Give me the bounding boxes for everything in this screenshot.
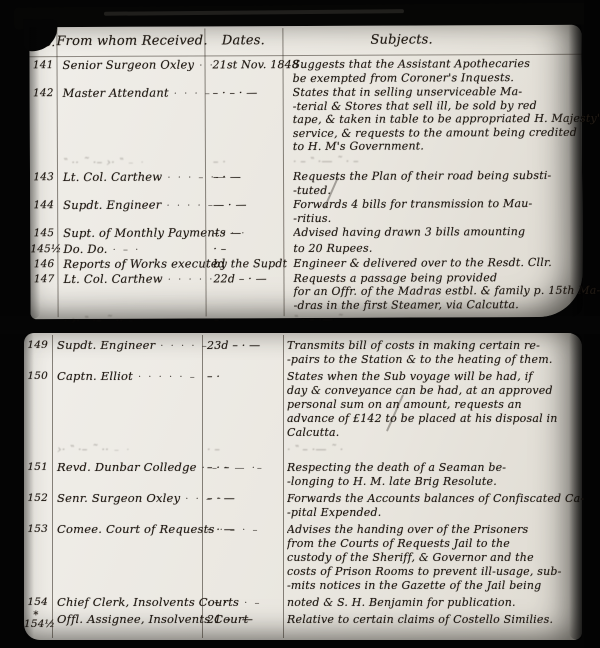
ledger-row: 142Master Attendant· · · –– · – · —State… [30, 85, 582, 155]
subject-line: Suggests that the Assistant Apothecaries [293, 57, 568, 72]
ledger-row: ‶ ·· ˜ ·– ›· ‶– ·– ·· – ‶ ·— ˜ · – [30, 153, 582, 170]
date-cell: by the Supdt [205, 257, 283, 271]
subject-cell: Requests a passage being providedfor an … [283, 270, 600, 312]
sender-name: Supt. of Monthly Payments [63, 225, 226, 240]
subject-line: service, & requests to the amount being … [293, 125, 600, 140]
subject-line: Engineer & delivered over to the Resdt. … [293, 256, 568, 271]
subject-line: Forwards the Accounts balances of Confis… [287, 492, 584, 506]
ledger-row: 150Captn. Elliot· · · · · –– ·States whe… [24, 370, 582, 440]
date-cell: – · [206, 313, 284, 327]
ledger-row: 153Comee. Court of Requests· – · –– · —A… [24, 523, 582, 593]
subject-cell: Advises the handing over of the Prisoner… [277, 523, 582, 593]
date-cell: – · – · — [205, 86, 283, 100]
book-edge-highlight [104, 9, 404, 16]
subject-cell: Respecting the death of a Seaman be--lon… [277, 461, 582, 489]
ledger-row: *154½Offl. Assignee, Insolvents Court21 … [24, 613, 582, 631]
ditto-dashes: · – · [108, 244, 141, 255]
date-cell: – · [199, 370, 277, 384]
subject-line: Respecting the death of a Seaman be- [287, 461, 568, 475]
sender-cell: Comee. Court of Requests· – · – [51, 523, 199, 538]
date-cell: – · [205, 155, 283, 169]
sender-cell: Senr. Surgeon Oxley· · – · [51, 492, 199, 507]
sender-cell: Lt. Col. Carthew· · · – ·— [57, 170, 205, 185]
date-text: · – [213, 242, 226, 255]
sender-cell: Reports of Works executed [57, 257, 205, 271]
date-text: — · — [213, 198, 247, 211]
ditto-dashes: · · [226, 228, 247, 239]
sender-name: Comee. Court of Requests [57, 522, 215, 536]
column-rule-no [52, 335, 53, 638]
subject-line: Calcutta. [287, 426, 568, 440]
subject-line: -pairs to the Station & to the heating o… [287, 353, 568, 367]
left-fold-shadow [24, 333, 34, 640]
ditto-dashes: – · [123, 316, 145, 327]
sender-cell: · ›· ‶ ·– ˜ ··– · [58, 313, 206, 328]
row-number-cell [24, 443, 51, 456]
ledger-row: 147Lt. Col. Carthew· · · · ·22d – · —Req… [30, 270, 582, 313]
sender-name: Senior Surgeon Oxley [63, 57, 195, 72]
column-rule-subjects [283, 335, 284, 638]
date-cell: 21 – · — [199, 613, 277, 627]
date-cell: · – [199, 443, 277, 457]
subject-line: to 20 Rupees. [293, 240, 568, 255]
date-text: · – [207, 443, 220, 456]
ditto-dashes: · · · · – [161, 200, 214, 211]
sender-cell: Supdt. Engineer· · · · – [57, 198, 205, 213]
subject-line: to H. M's Government. [293, 139, 600, 154]
subject-line: advance of £142 to be placed at his disp… [287, 412, 568, 426]
sender-cell: Lt. Col. Carthew· · · · · [57, 272, 205, 287]
subject-line: -dras in the first Steamer, via Calcutta… [294, 297, 600, 312]
sender-cell: Supdt. Engineer· · · · – [51, 339, 199, 354]
subject-cell: to 20 Rupees. [283, 240, 582, 255]
date-text: 23d – · — [207, 339, 260, 352]
sender-name: ›· ‶ ·– ˜ ·· [57, 442, 109, 456]
date-text: 21 – · — [207, 613, 253, 626]
date-cell: · – [205, 242, 283, 256]
date-text: – · [207, 370, 220, 383]
header-dates: Dates. [204, 33, 282, 48]
sender-cell: Master Attendant· · · – [57, 86, 205, 101]
ditto-dashes: · · [194, 60, 215, 71]
subject-line: from the Courts of Requests Jail to the [287, 537, 568, 551]
ditto-dashes: · · · · · – [133, 372, 197, 383]
left-fold-shadow [29, 27, 40, 319]
subject-line: -ritius. [293, 210, 568, 225]
rows-lower: 149Supdt. Engineer· · · · –23d – · —Tran… [24, 333, 582, 631]
subject-cell: States that in selling unserviceable Ma-… [283, 85, 600, 154]
ditto-dashes: – · [109, 445, 131, 456]
date-cell: · – · [199, 596, 277, 610]
subject-cell: ‶ · – ·— ˜ [284, 312, 583, 327]
column-rule-dates [202, 335, 203, 638]
subject-cell: · ‶ – ·— ˜ · [277, 443, 582, 457]
sender-name: Master Attendant [63, 86, 169, 100]
date-text: – · [214, 313, 227, 326]
sender-cell: Revd. Dunbar Colledge· – · — ·– [51, 461, 199, 476]
subject-line: day & conveyance can be had, at an appro… [287, 384, 568, 398]
row-number-cell [31, 314, 58, 327]
ditto-dashes: – · [123, 157, 145, 168]
subject-line: -pital Expended. [287, 506, 584, 520]
ledger-row: 143Lt. Col. Carthew· · · – ·—– · —Reques… [30, 169, 582, 198]
date-cell: 23d – · — [199, 339, 277, 353]
sender-name: ‶ ·· ˜ ·– ›· ‶ [63, 154, 123, 168]
sender-name: Supdt. Engineer [63, 198, 161, 212]
ledger-row: 151Revd. Dunbar Colledge· – · — ·–– · –R… [24, 461, 582, 489]
rows-upper: 141Senior Surgeon Oxley· ·21st Nov. 1848… [29, 55, 582, 329]
ditto-dashes: · · · · – [155, 341, 208, 352]
subject-line: Advised having drawn 3 bills amounting [293, 225, 568, 240]
subject-cell: Engineer & delivered over to the Resdt. … [283, 256, 582, 271]
date-text: – · – · — [213, 86, 258, 99]
ditto-dashes: · – · – [215, 525, 260, 536]
ledger-row: ›· ‶ ·– ˜ ··– ·· –· ‶ – ·— ˜ · [24, 443, 582, 458]
ledger-row: 145Supt. of Monthly Payments· ·– · —Advi… [30, 225, 582, 242]
subject-line: custody of the Sheriff, & Governor and t… [287, 551, 568, 565]
sender-name: Revd. Dunbar Colledge [57, 460, 197, 474]
subject-line: Transmits bill of costs in making certai… [287, 339, 568, 353]
subject-cell: Relative to certain claims of Costello S… [277, 613, 582, 627]
subject-line: for an Offr. of the Madras estbl. & fami… [293, 284, 600, 299]
subject-line: · – ‶ ·— ˜ · – [293, 153, 568, 168]
subject-line: ‶ · – ·— ˜ [294, 312, 569, 327]
subject-line: personal sum on an amount, requests an [287, 398, 568, 412]
ledger-row: 146Reports of Works executedby the Supdt… [30, 256, 582, 272]
sender-name: Do. Do. [63, 241, 107, 255]
ledger-row: 141Senior Surgeon Oxley· ·21st Nov. 1848… [30, 57, 582, 86]
ditto-dashes: · · · – [169, 88, 212, 99]
subject-line: -longing to H. M. late Brig Resolute. [287, 475, 568, 489]
header-subjects: Subjects. [282, 32, 581, 48]
date-cell: 21st Nov. 1848 [205, 58, 283, 72]
ledger-row: 152Senr. Surgeon Oxley· · – ·– · —Forwar… [24, 492, 582, 520]
sender-name: Lt. Col. Carthew [63, 271, 162, 285]
subject-line: costs of Prison Rooms to prevent ill-usa… [287, 565, 568, 579]
sender-cell: Chief Clerk, Insolvents Courts· – [51, 596, 199, 611]
subject-line: Advises the handing over of the Prisoner… [287, 523, 568, 537]
ledger-row: 154Chief Clerk, Insolvents Courts· –· – … [24, 596, 582, 611]
sender-cell: Offl. Assignee, Insolvents Court [51, 613, 199, 627]
subject-line: -terial & Stores that sell ill, be sold … [293, 98, 600, 113]
register-sheet-upper: No. From whom Received. Dates. Subjects.… [29, 25, 582, 319]
subject-line: -mits notices in the Gazette of the Jail… [287, 579, 568, 593]
ditto-dashes: · – · — ·– [197, 463, 264, 474]
subject-cell: noted & S. H. Benjamin for publication. [277, 596, 582, 610]
sender-name: Lt. Col. Carthew [63, 170, 162, 184]
subject-line: tape, & taken in table to be appropriate… [293, 112, 600, 127]
subject-cell: Advised having drawn 3 bills amounting [283, 225, 582, 240]
sender-name: · ›· ‶ ·– ˜ ·· [64, 313, 124, 327]
subject-line: · ‶ – ·— ˜ · [287, 443, 568, 457]
date-text: · – · [207, 596, 228, 609]
subject-line: Relative to certain claims of Costello S… [287, 613, 568, 627]
subject-cell: Transmits bill of costs in making certai… [277, 339, 582, 367]
sender-cell: Supt. of Monthly Payments· · [57, 226, 205, 241]
date-cell: — · — [205, 198, 283, 212]
ledger-row: 144Supdt. Engineer· · · · –— · —Forwards… [30, 197, 582, 226]
subject-line: States that in selling unserviceable Ma- [293, 85, 600, 100]
ditto-dashes: · · · · · [163, 274, 215, 285]
subject-line: Forwards 4 bills for transmission to Mau… [293, 197, 568, 212]
subject-cell: Suggests that the Assistant Apothecaries… [283, 57, 582, 85]
sender-name: Captn. Elliot [57, 369, 133, 383]
subject-line: Requests a passage being provided [293, 270, 600, 285]
ditto-dashes: · · – · [180, 494, 223, 505]
ledger-row: 145½Do. Do.· – ·· –to 20 Rupees. [30, 240, 582, 257]
row-number-cell [30, 156, 57, 169]
date-cell: 22d – · — [205, 272, 283, 286]
sender-cell: ‶ ·· ˜ ·– ›· ‶– · [57, 155, 205, 170]
subject-cell: States when the Sub voyage will be had, … [277, 370, 582, 440]
table-header: No. From whom Received. Dates. Subjects. [29, 25, 581, 57]
date-text: 22d – · — [213, 272, 266, 285]
subject-cell: Requests the Plan of their road being su… [283, 169, 582, 197]
sender-name: Reports of Works executed [63, 256, 225, 271]
sender-cell: Do. Do.· – · [57, 242, 205, 257]
sender-cell: Senior Surgeon Oxley· · [57, 58, 205, 73]
subject-line: States when the Sub voyage will be had, … [287, 370, 568, 384]
date-text: by the Supdt [213, 257, 287, 270]
ledger-row: · ›· ‶ ·– ˜ ··– ·– ·‶ · – ·— ˜ [31, 312, 583, 329]
subject-line: noted & S. H. Benjamin for publication. [287, 596, 568, 610]
subject-cell: · – ‶ ·— ˜ · – [283, 153, 582, 168]
register-sheet-lower: 149Supdt. Engineer· · · · –23d – · —Tran… [24, 333, 582, 640]
ledger-row: 149Supdt. Engineer· · · · –23d – · —Tran… [24, 339, 582, 367]
ditto-dashes: · – [239, 598, 261, 609]
date-text: – · [213, 155, 226, 168]
sender-name: Senr. Surgeon Oxley [57, 491, 180, 505]
ditto-dashes: · · · – ·— [162, 172, 227, 183]
sender-name: Supdt. Engineer [57, 338, 155, 352]
header-from: From whom Received. [56, 33, 204, 49]
sender-cell: Captn. Elliot· · · · · – [51, 370, 199, 385]
subject-line: be exempted from Coroner's Inquests. [293, 70, 568, 85]
sender-cell: ›· ‶ ·– ˜ ··– · [51, 443, 199, 458]
subject-cell: Forwards the Accounts balances of Confis… [277, 492, 598, 520]
